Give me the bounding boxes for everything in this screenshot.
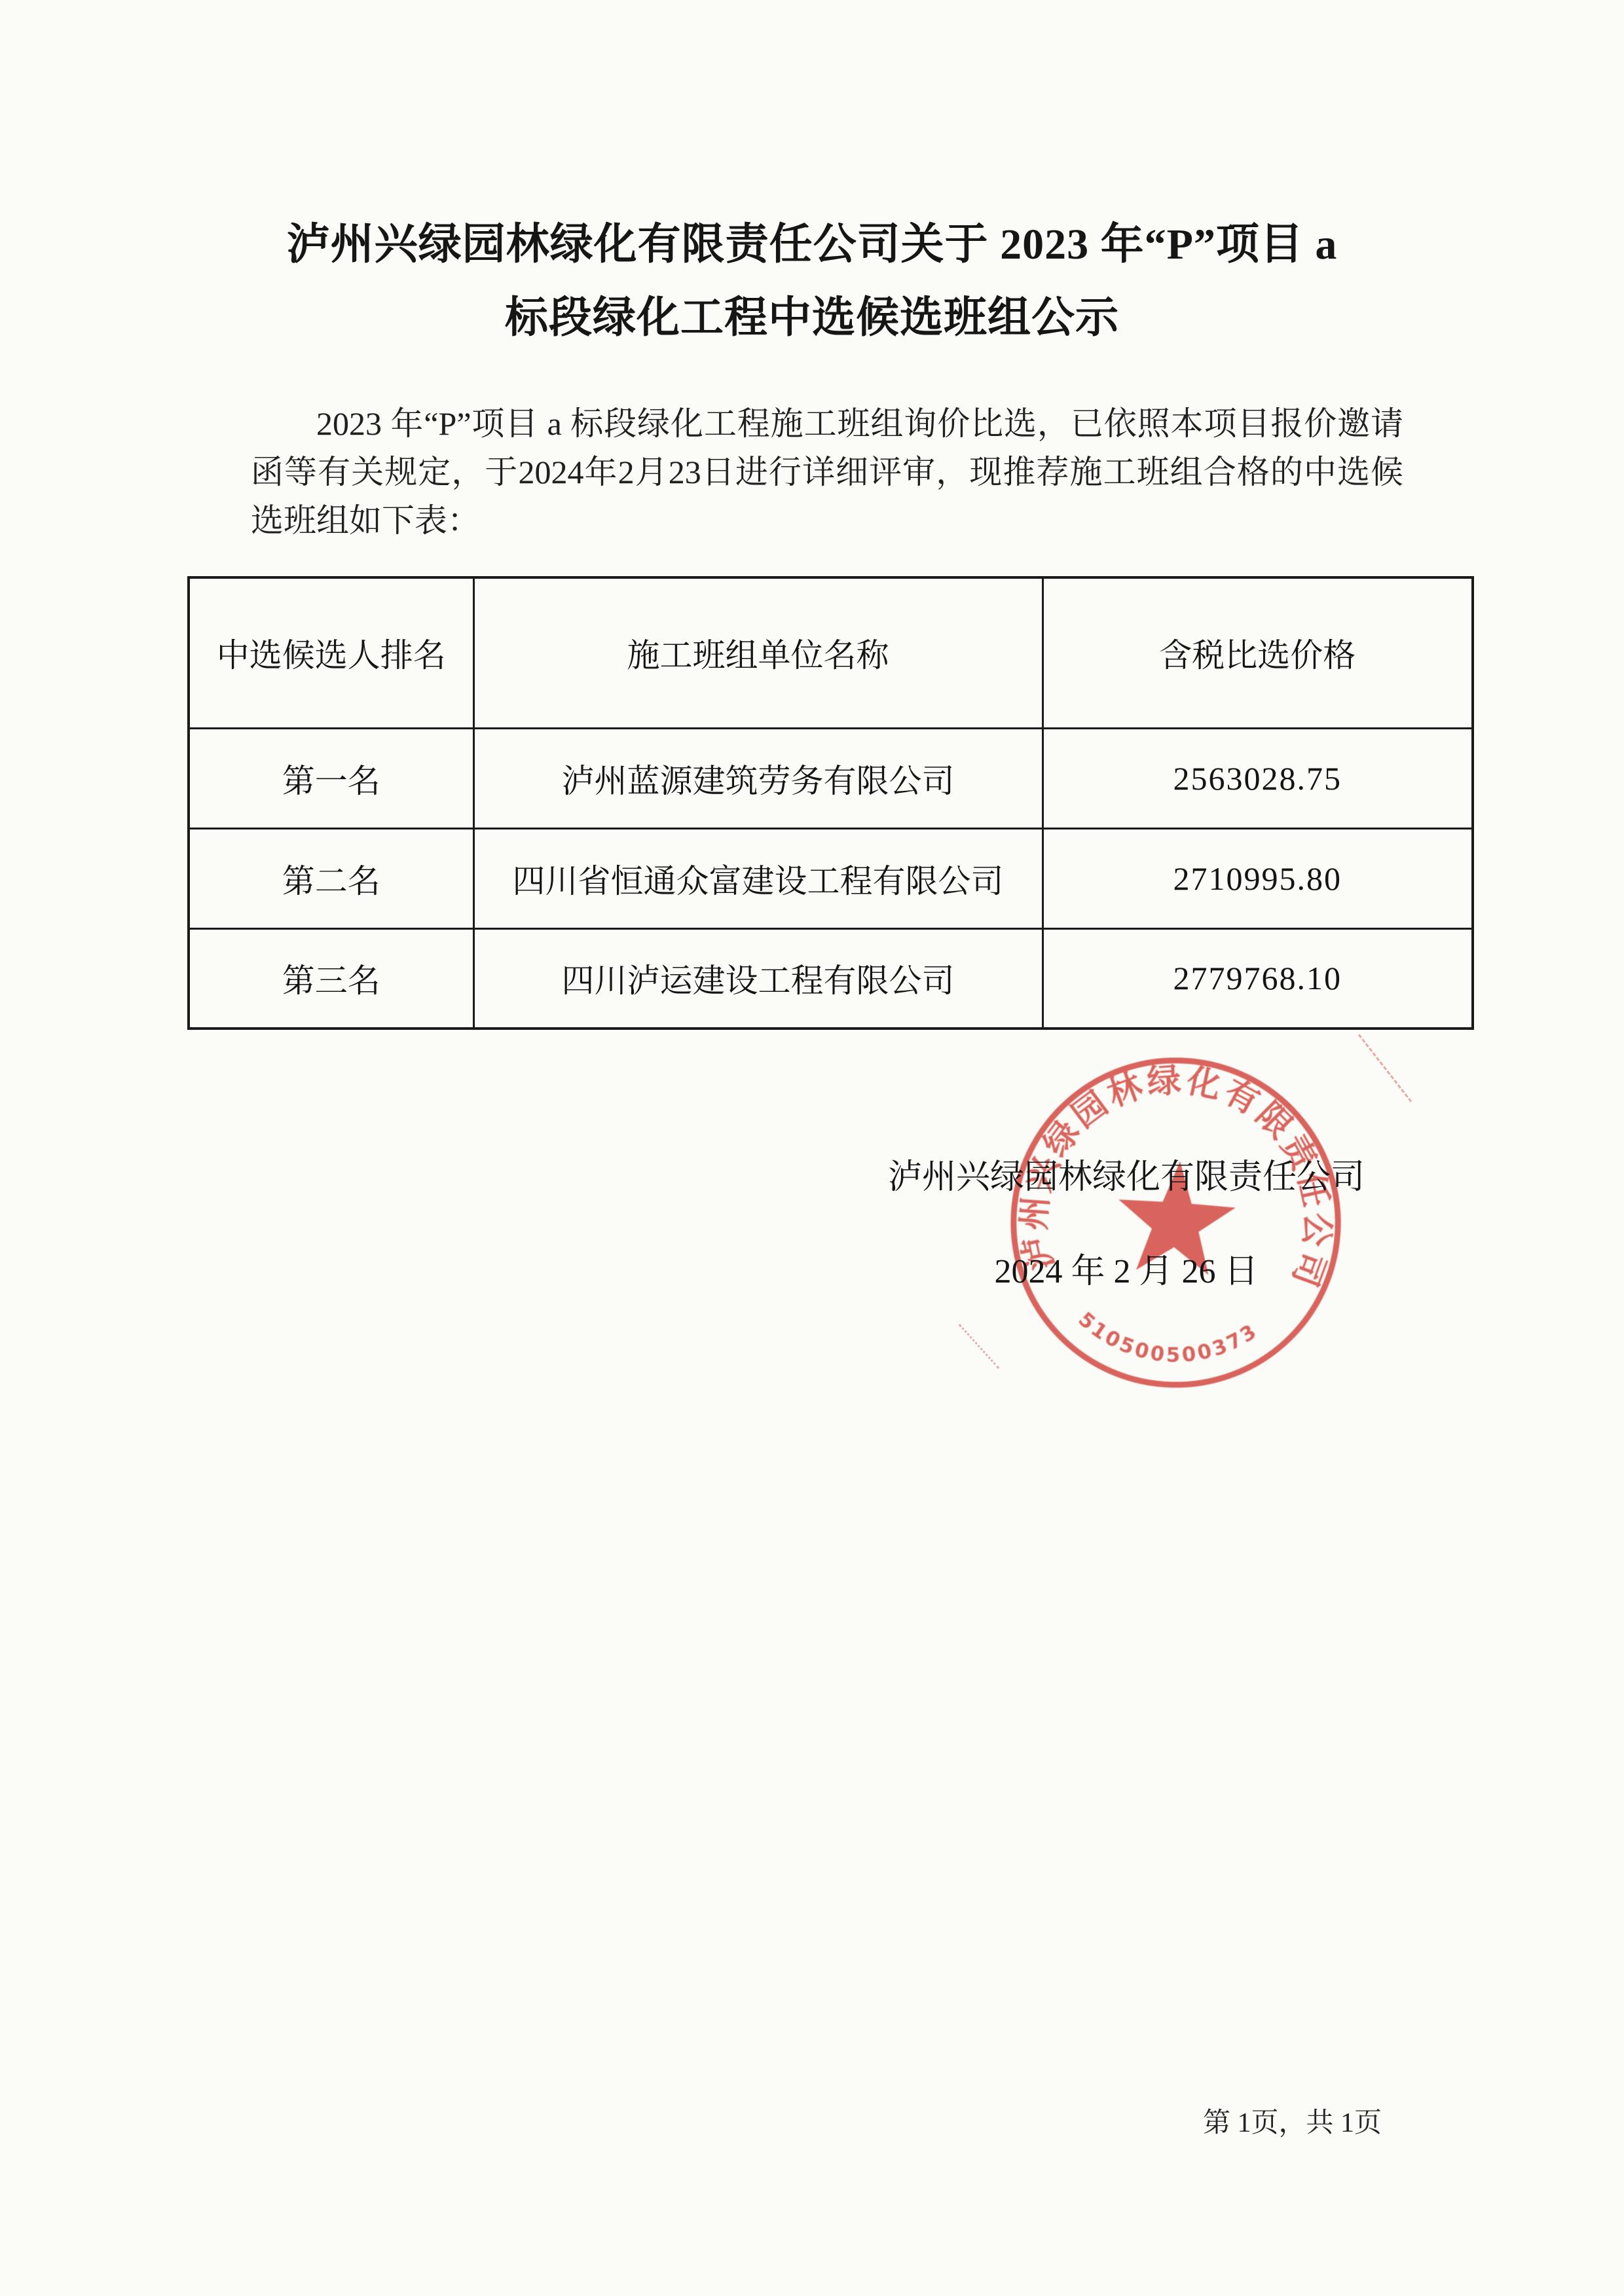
results-table: 中选候选人排名 施工班组单位名称 含税比选价格 第一名 泸州蓝源建筑劳务有限公司… — [187, 576, 1474, 1030]
body-paragraph: 2023 年“P”项目 a 标段绿化工程施工班组询价比选，已依照本项目报价邀请函… — [251, 399, 1403, 545]
title-line-1: 泸州兴绿园林绿化有限责任公司关于 2023 年“P”项目 a — [196, 208, 1428, 282]
page-footer: 第 1页，共 1页 — [1203, 2105, 1382, 2141]
stamp-smudge — [1358, 1034, 1412, 1102]
title-line-2: 标段绿化工程中选候选班组公示 — [196, 282, 1428, 355]
cell-company: 四川省恒通众富建设工程有限公司 — [473, 828, 1043, 928]
cell-price: 2563028.75 — [1043, 728, 1473, 828]
table-row: 第三名 四川泸运建设工程有限公司 2779768.10 — [189, 928, 1473, 1029]
cell-price: 2779768.10 — [1043, 928, 1473, 1029]
signature-company: 泸州兴绿园林绿化有限责任公司 — [851, 1155, 1401, 1201]
header-price: 含税比选价格 — [1043, 577, 1473, 728]
document-page: 泸州兴绿园林绿化有限责任公司关于 2023 年“P”项目 a 标段绿化工程中选候… — [0, 0, 1624, 2296]
cell-company: 泸州蓝源建筑劳务有限公司 — [473, 728, 1043, 828]
document-title: 泸州兴绿园林绿化有限责任公司关于 2023 年“P”项目 a 标段绿化工程中选候… — [196, 208, 1428, 355]
header-company: 施工班组单位名称 — [473, 577, 1043, 728]
cell-rank: 第一名 — [189, 728, 473, 828]
table-header-row: 中选候选人排名 施工班组单位名称 含税比选价格 — [189, 577, 1473, 728]
table-row: 第一名 泸州蓝源建筑劳务有限公司 2563028.75 — [189, 728, 1473, 828]
signature-date: 2024 年 2 月 26 日 — [851, 1249, 1401, 1295]
signature-block: 泸州兴绿园林绿化有限责任公司 2024 年 2 月 26 日 — [851, 1155, 1401, 1295]
cell-company: 四川泸运建设工程有限公司 — [473, 928, 1043, 1029]
cell-rank: 第三名 — [189, 928, 473, 1029]
header-rank: 中选候选人排名 — [189, 577, 473, 728]
cell-rank: 第二名 — [189, 828, 473, 928]
cell-price: 2710995.80 — [1043, 828, 1473, 928]
table-row: 第二名 四川省恒通众富建设工程有限公司 2710995.80 — [189, 828, 1473, 928]
